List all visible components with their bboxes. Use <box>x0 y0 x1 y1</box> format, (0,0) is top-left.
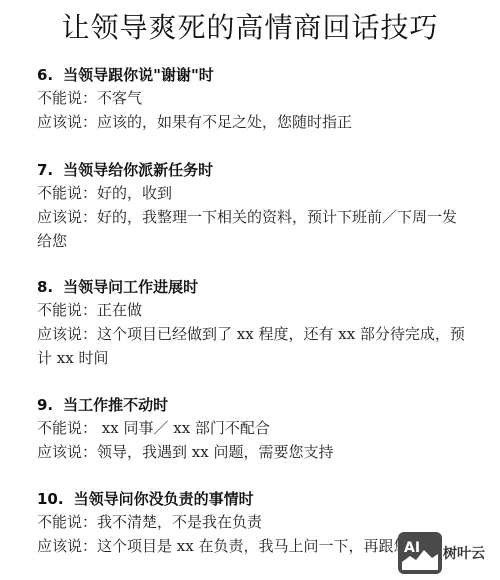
tip-number: 9. <box>37 394 53 416</box>
tip-number: 8. <box>37 276 53 298</box>
watermark: AI 树叶云 <box>398 532 485 574</box>
dont-say-line: 不能说：好的，收到 <box>37 181 467 205</box>
should-say-text: 应该的，如果有不足之处，您随时指正 <box>97 113 352 131</box>
tip-number: 10. <box>37 488 64 510</box>
should-say-line: 应该说：领导，我遇到 xx 问题，需要您支持 <box>37 440 467 464</box>
tip-heading: 9.当工作推不动时 <box>37 394 467 416</box>
should-say-line: 应该说：应该的，如果有不足之处，您随时指正 <box>37 110 467 134</box>
should-say-label: 应该说： <box>37 325 97 343</box>
tip-title: 当领导跟你说"谢谢"时 <box>63 66 214 84</box>
tip-section-9: 9.当工作推不动时 不能说： xx 同事／ xx 部门不配合 应该说：领导，我遇… <box>37 394 467 464</box>
dont-say-line: 不能说：不客气 <box>37 86 467 110</box>
should-say-text: 领导，我遇到 xx 问题，需要您支持 <box>97 443 333 461</box>
dont-say-line: 不能说： xx 同事／ xx 部门不配合 <box>37 416 467 440</box>
page-title: 让领导爽死的高情商回话技巧 <box>0 8 500 48</box>
tip-title: 当工作推不动时 <box>63 396 168 414</box>
dont-say-label: 不能说： <box>37 419 97 437</box>
tip-title: 当领导问工作进展时 <box>63 278 198 296</box>
tip-section-7: 7.当领导给你派新任务时 不能说：好的，收到 应该说：好的，我整理一下相关的资料… <box>37 159 467 253</box>
should-say-label: 应该说： <box>37 208 97 226</box>
should-say-text: 好的，我整理一下相关的资料，预计下班前／下周一发给您 <box>37 208 457 250</box>
tip-heading: 6.当领导跟你说"谢谢"时 <box>37 64 467 86</box>
should-say-label: 应该说： <box>37 537 97 555</box>
tip-title: 当领导给你派新任务时 <box>63 161 213 179</box>
tip-number: 7. <box>37 159 53 181</box>
svg-text:AI: AI <box>404 540 420 556</box>
should-say-text: 这个项目已经做到了 xx 程度，还有 xx 部分待完成，预计 xx 时间 <box>37 325 465 367</box>
tip-title: 当领导问你没负责的事情时 <box>74 490 254 508</box>
tip-heading: 8.当领导问工作进展时 <box>37 276 467 298</box>
dont-say-text: 不客气 <box>97 89 142 107</box>
dont-say-label: 不能说： <box>37 89 97 107</box>
dont-say-text: 正在做 <box>97 301 142 319</box>
should-say-label: 应该说： <box>37 443 97 461</box>
dont-say-line: 不能说：我不清楚，不是我在负责 <box>37 510 467 534</box>
tip-heading: 10.当领导问你没负责的事情时 <box>37 488 467 510</box>
should-say-text: 这个项目是 xx 在负责，我马上问一下，再跟您汇报 <box>97 537 438 555</box>
tip-number: 6. <box>37 64 53 86</box>
dont-say-label: 不能说： <box>37 513 97 531</box>
brand-logo-icon: AI <box>398 532 442 574</box>
tip-heading: 7.当领导给你派新任务时 <box>37 159 467 181</box>
should-say-line: 应该说：这个项目已经做到了 xx 程度，还有 xx 部分待完成，预计 xx 时间 <box>37 322 467 370</box>
watermark-brand: 树叶云 <box>443 543 485 563</box>
dont-say-text: xx 同事／ xx 部门不配合 <box>97 419 270 437</box>
dont-say-label: 不能说： <box>37 184 97 202</box>
dont-say-label: 不能说： <box>37 301 97 319</box>
dont-say-text: 我不清楚，不是我在负责 <box>97 513 262 531</box>
should-say-line: 应该说：好的，我整理一下相关的资料，预计下班前／下周一发给您 <box>37 205 467 253</box>
tip-section-6: 6.当领导跟你说"谢谢"时 不能说：不客气 应该说：应该的，如果有不足之处，您随… <box>37 64 467 134</box>
dont-say-line: 不能说：正在做 <box>37 298 467 322</box>
should-say-label: 应该说： <box>37 113 97 131</box>
tip-section-8: 8.当领导问工作进展时 不能说：正在做 应该说：这个项目已经做到了 xx 程度，… <box>37 276 467 370</box>
dont-say-text: 好的，收到 <box>97 184 172 202</box>
